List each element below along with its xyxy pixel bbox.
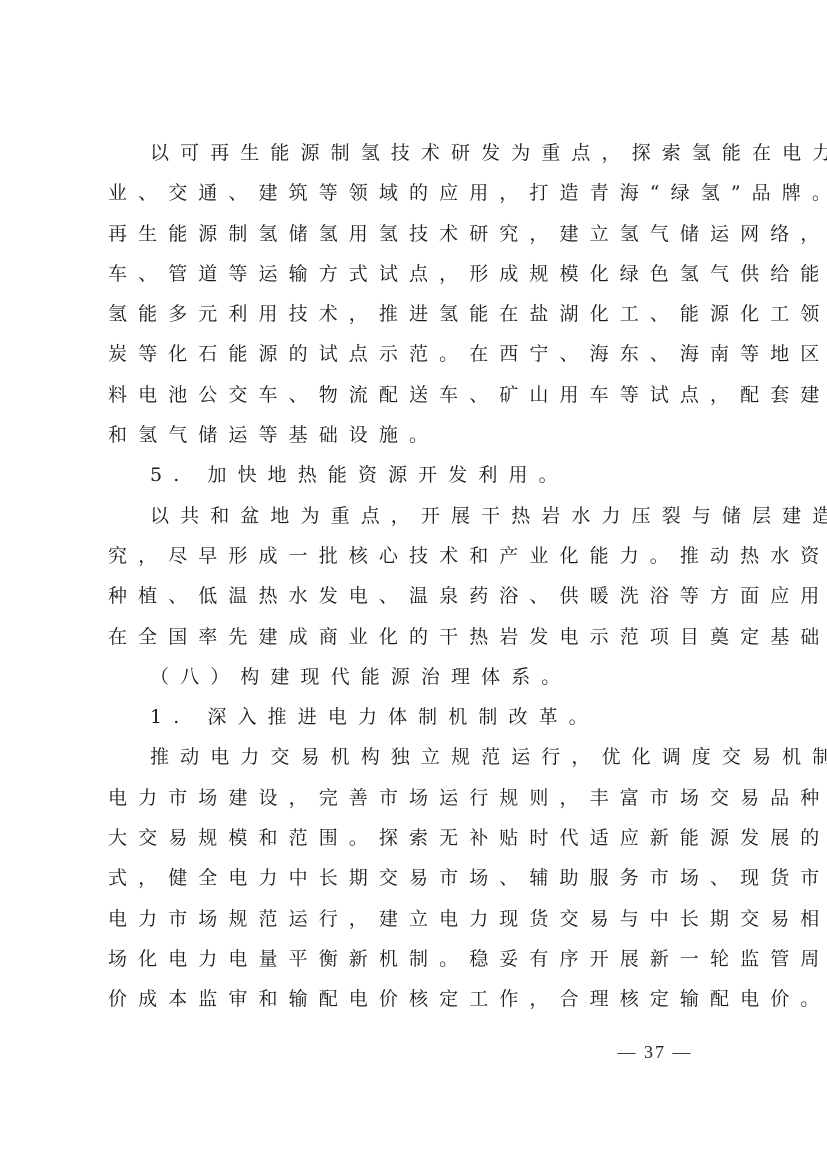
paragraph-line: 和氢气储运等基础设施。 xyxy=(108,419,718,459)
paragraph-line: 在全国率先建成商业化的干热岩发电示范项目奠定基础。 xyxy=(108,621,718,661)
section-heading-geothermal: 5. 加快地热能资源开发利用。 xyxy=(108,459,718,499)
paragraph-line: 再生能源制氢储氢用氢技术研究，建立氢气储运网络，推进槽 xyxy=(108,218,718,258)
paragraph-line: 推动电力交易机构独立规范运行，优化调度交易机制。加快 xyxy=(108,741,718,781)
paragraph-line: 料电池公交车、物流配送车、矿山用车等试点，配套建设加氢站 xyxy=(108,379,718,419)
paragraph-line: 种植、低温热水发电、温泉药浴、供暖洗浴等方面应用，为远期 xyxy=(108,580,718,620)
paragraph-line: 以可再生能源制氢技术研发为重点，探索氢能在电力、工 xyxy=(108,137,718,177)
paragraph-line: 电力市场规范运行，建立电力现货交易与中长期交易相结合的市 xyxy=(108,903,718,943)
paragraph-line: 氢能多元利用技术，推进氢能在盐湖化工、能源化工领域替代煤 xyxy=(108,298,718,338)
paragraph-line: 电力市场建设，完善市场运行规则，丰富市场交易品种，不断扩 xyxy=(108,782,718,822)
section-heading-energy-governance: （八）构建现代能源治理体系。 xyxy=(108,661,718,701)
document-body: 以可再生能源制氢技术研发为重点，探索氢能在电力、工 业、交通、建筑等领域的应用，… xyxy=(108,137,718,1024)
paragraph-line: 价成本监审和输配电价核定工作，合理核定输配电价。完善差别 xyxy=(108,983,718,1023)
paragraph-line: 场化电力电量平衡新机制。稳妥有序开展新一轮监管周期输配电 xyxy=(108,943,718,983)
paragraph-line: 炭等化石能源的试点示范。在西宁、海东、海南等地区开展氢燃 xyxy=(108,338,718,378)
paragraph-line: 大交易规模和范围。探索无补贴时代适应新能源发展的市场模 xyxy=(108,822,718,862)
page-number: — 37 — xyxy=(600,1042,710,1063)
paragraph-line: 车、管道等运输方式试点，形成规模化绿色氢气供给能力。研发 xyxy=(108,258,718,298)
paragraph-line: 究，尽早形成一批核心技术和产业化能力。推动热水资源在温室 xyxy=(108,540,718,580)
paragraph-line: 式，健全电力中长期交易市场、辅助服务市场、现货市场，推动 xyxy=(108,862,718,902)
section-heading-power-reform: 1. 深入推进电力体制机制改革。 xyxy=(108,701,718,741)
paragraph-line: 业、交通、建筑等领域的应用，打造青海“绿氢”品牌。开展可 xyxy=(108,177,718,217)
paragraph-line: 以共和盆地为重点，开展干热岩水力压裂与储层建造技术研 xyxy=(108,500,718,540)
